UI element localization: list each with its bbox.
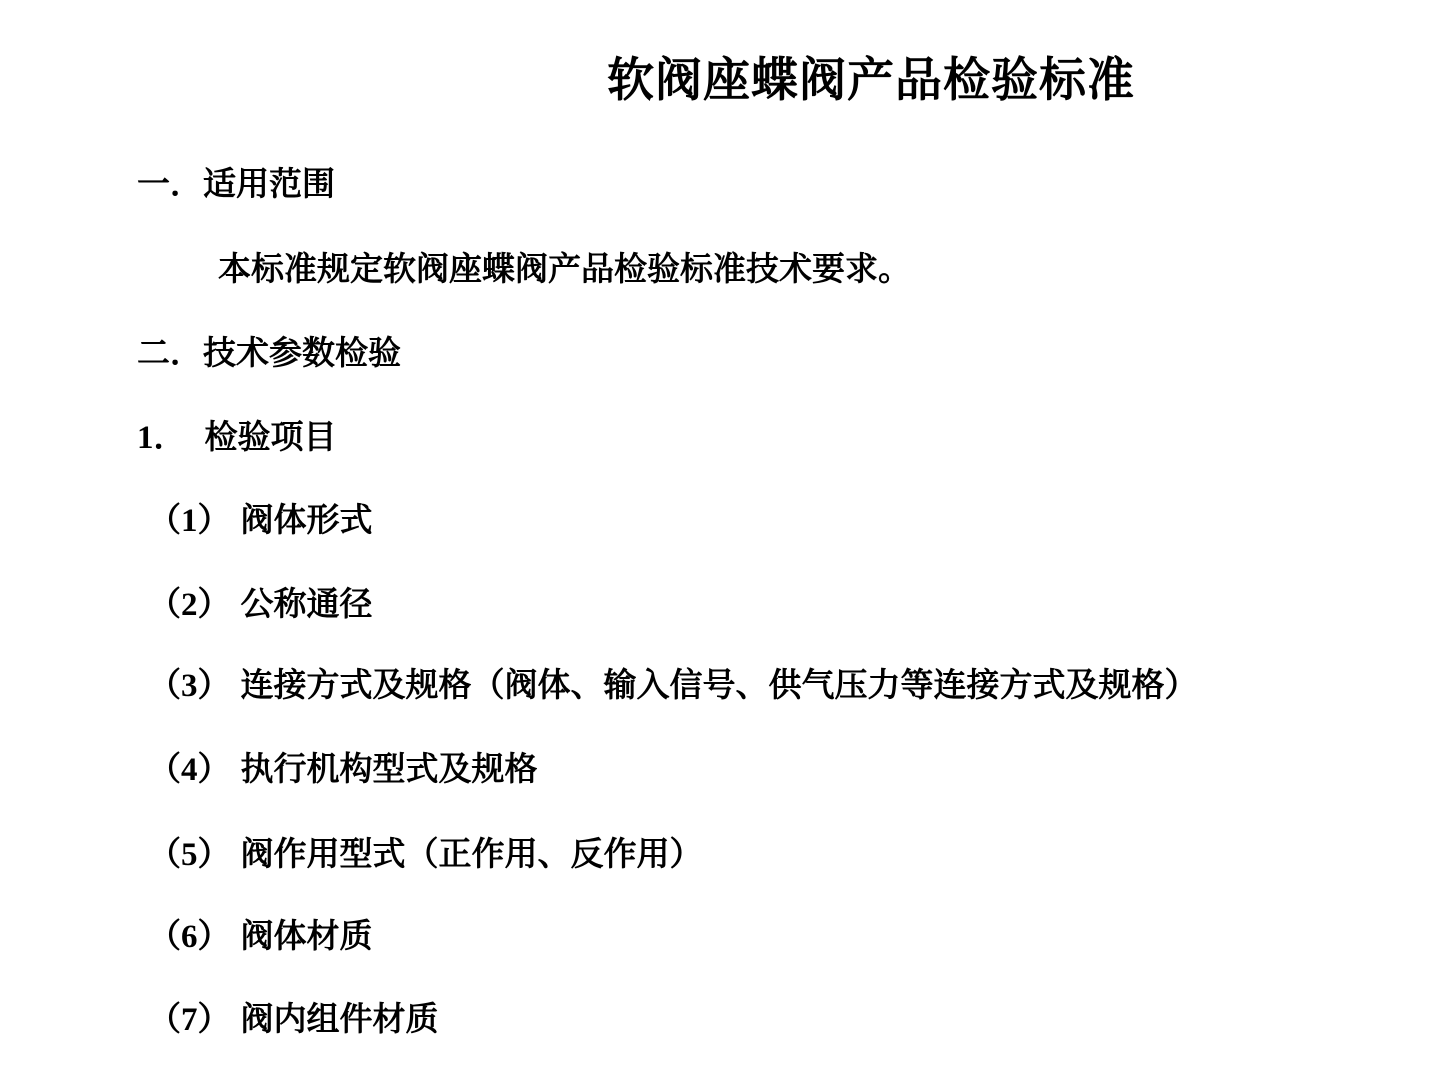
section-heading-params: 二．技术参数检验 (137, 332, 401, 376)
document-page: 软阀座蝶阀产品检验标准 一．适用范围 本标准规定软阀座蝶阀产品检验标准技术要求。… (0, 0, 1442, 1076)
list-item-number: （1） (148, 499, 231, 543)
list-item-text: 阀内组件材质 (241, 1002, 439, 1038)
subheading-number: 1． (137, 416, 187, 460)
list-item: （1）阀体形式 (148, 499, 373, 543)
list-item-number: （2） (148, 583, 231, 627)
list-item-text: 连接方式及规格（阀体、输入信号、供气压力等连接方式及规格） (241, 668, 1198, 704)
list-item-text: 执行机构型式及规格 (241, 752, 538, 788)
list-item-text: 阀作用型式（正作用、反作用） (241, 837, 703, 873)
list-item: （7）阀内组件材质 (148, 998, 439, 1042)
section-heading-scope: 一．适用范围 (137, 163, 335, 207)
list-item-number: （6） (148, 915, 231, 959)
list-item-number: （4） (148, 748, 231, 792)
list-item-number: （3） (148, 664, 231, 708)
list-item-number: （7） (148, 998, 231, 1042)
list-item: （6）阀体材质 (148, 915, 373, 959)
subheading-inspection-items: 1．检验项目 (137, 416, 337, 460)
list-item: （5）阀作用型式（正作用、反作用） (148, 833, 703, 877)
list-item: （3）连接方式及规格（阀体、输入信号、供气压力等连接方式及规格） (148, 664, 1198, 708)
list-item: （4）执行机构型式及规格 (148, 748, 538, 792)
list-item-text: 公称通径 (241, 587, 373, 623)
list-item-text: 阀体材质 (241, 919, 373, 955)
document-title: 软阀座蝶阀产品检验标准 (0, 52, 1442, 111)
list-item: （2）公称通径 (148, 583, 373, 627)
list-item-text: 阀体形式 (241, 503, 373, 539)
subheading-label: 检验项目 (205, 420, 337, 456)
scope-paragraph: 本标准规定软阀座蝶阀产品检验标准技术要求。 (218, 248, 911, 292)
list-item-number: （5） (148, 833, 231, 877)
